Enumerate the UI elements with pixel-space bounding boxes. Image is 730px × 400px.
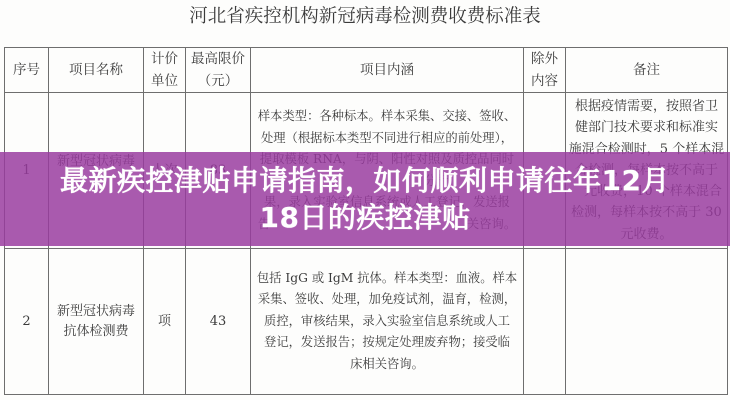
header-index: 序号 bbox=[5, 48, 49, 93]
row-index: 2 bbox=[5, 249, 49, 395]
header-item-content: 项目内涵 bbox=[251, 48, 524, 93]
table-row: 2 新型冠状病毒 抗体检测费 项 43 包括 IgG 或 IgM 抗体。样本类型… bbox=[5, 249, 728, 395]
row-item-name: 新型冠状病毒 抗体检测费 bbox=[49, 249, 144, 395]
row-unit: 项 bbox=[144, 249, 186, 395]
headline-line-2: 18日的疾控津贴 bbox=[260, 199, 471, 236]
header-pricing-unit: 计价 单位 bbox=[144, 48, 186, 93]
header-exclusions: 除外 内容 bbox=[524, 48, 566, 93]
row-exclusions bbox=[524, 249, 566, 395]
headline-banner: 最新疾控津贴申请指南，如何顺利申请往年12月 18日的疾控津贴 bbox=[0, 152, 730, 246]
header-item-name: 项目名称 bbox=[49, 48, 144, 93]
document-title: 河北省疾控机构新冠病毒检测费收费标准表 bbox=[0, 6, 730, 28]
header-max-price: 最高限价 （元） bbox=[186, 48, 251, 93]
headline-line-1: 最新疾控津贴申请指南，如何顺利申请往年12月 bbox=[60, 162, 670, 199]
table-header-row: 序号 项目名称 计价 单位 最高限价 （元） 项目内涵 除外 内容 备注 bbox=[5, 48, 728, 93]
row-item-content: 包括 IgG 或 IgM 抗体。样本类型：血液。样本 采集、签收、处理，加免疫试… bbox=[251, 249, 524, 395]
header-remarks: 备注 bbox=[566, 48, 728, 93]
row-remarks bbox=[566, 249, 728, 395]
row-max-price: 43 bbox=[186, 249, 251, 395]
